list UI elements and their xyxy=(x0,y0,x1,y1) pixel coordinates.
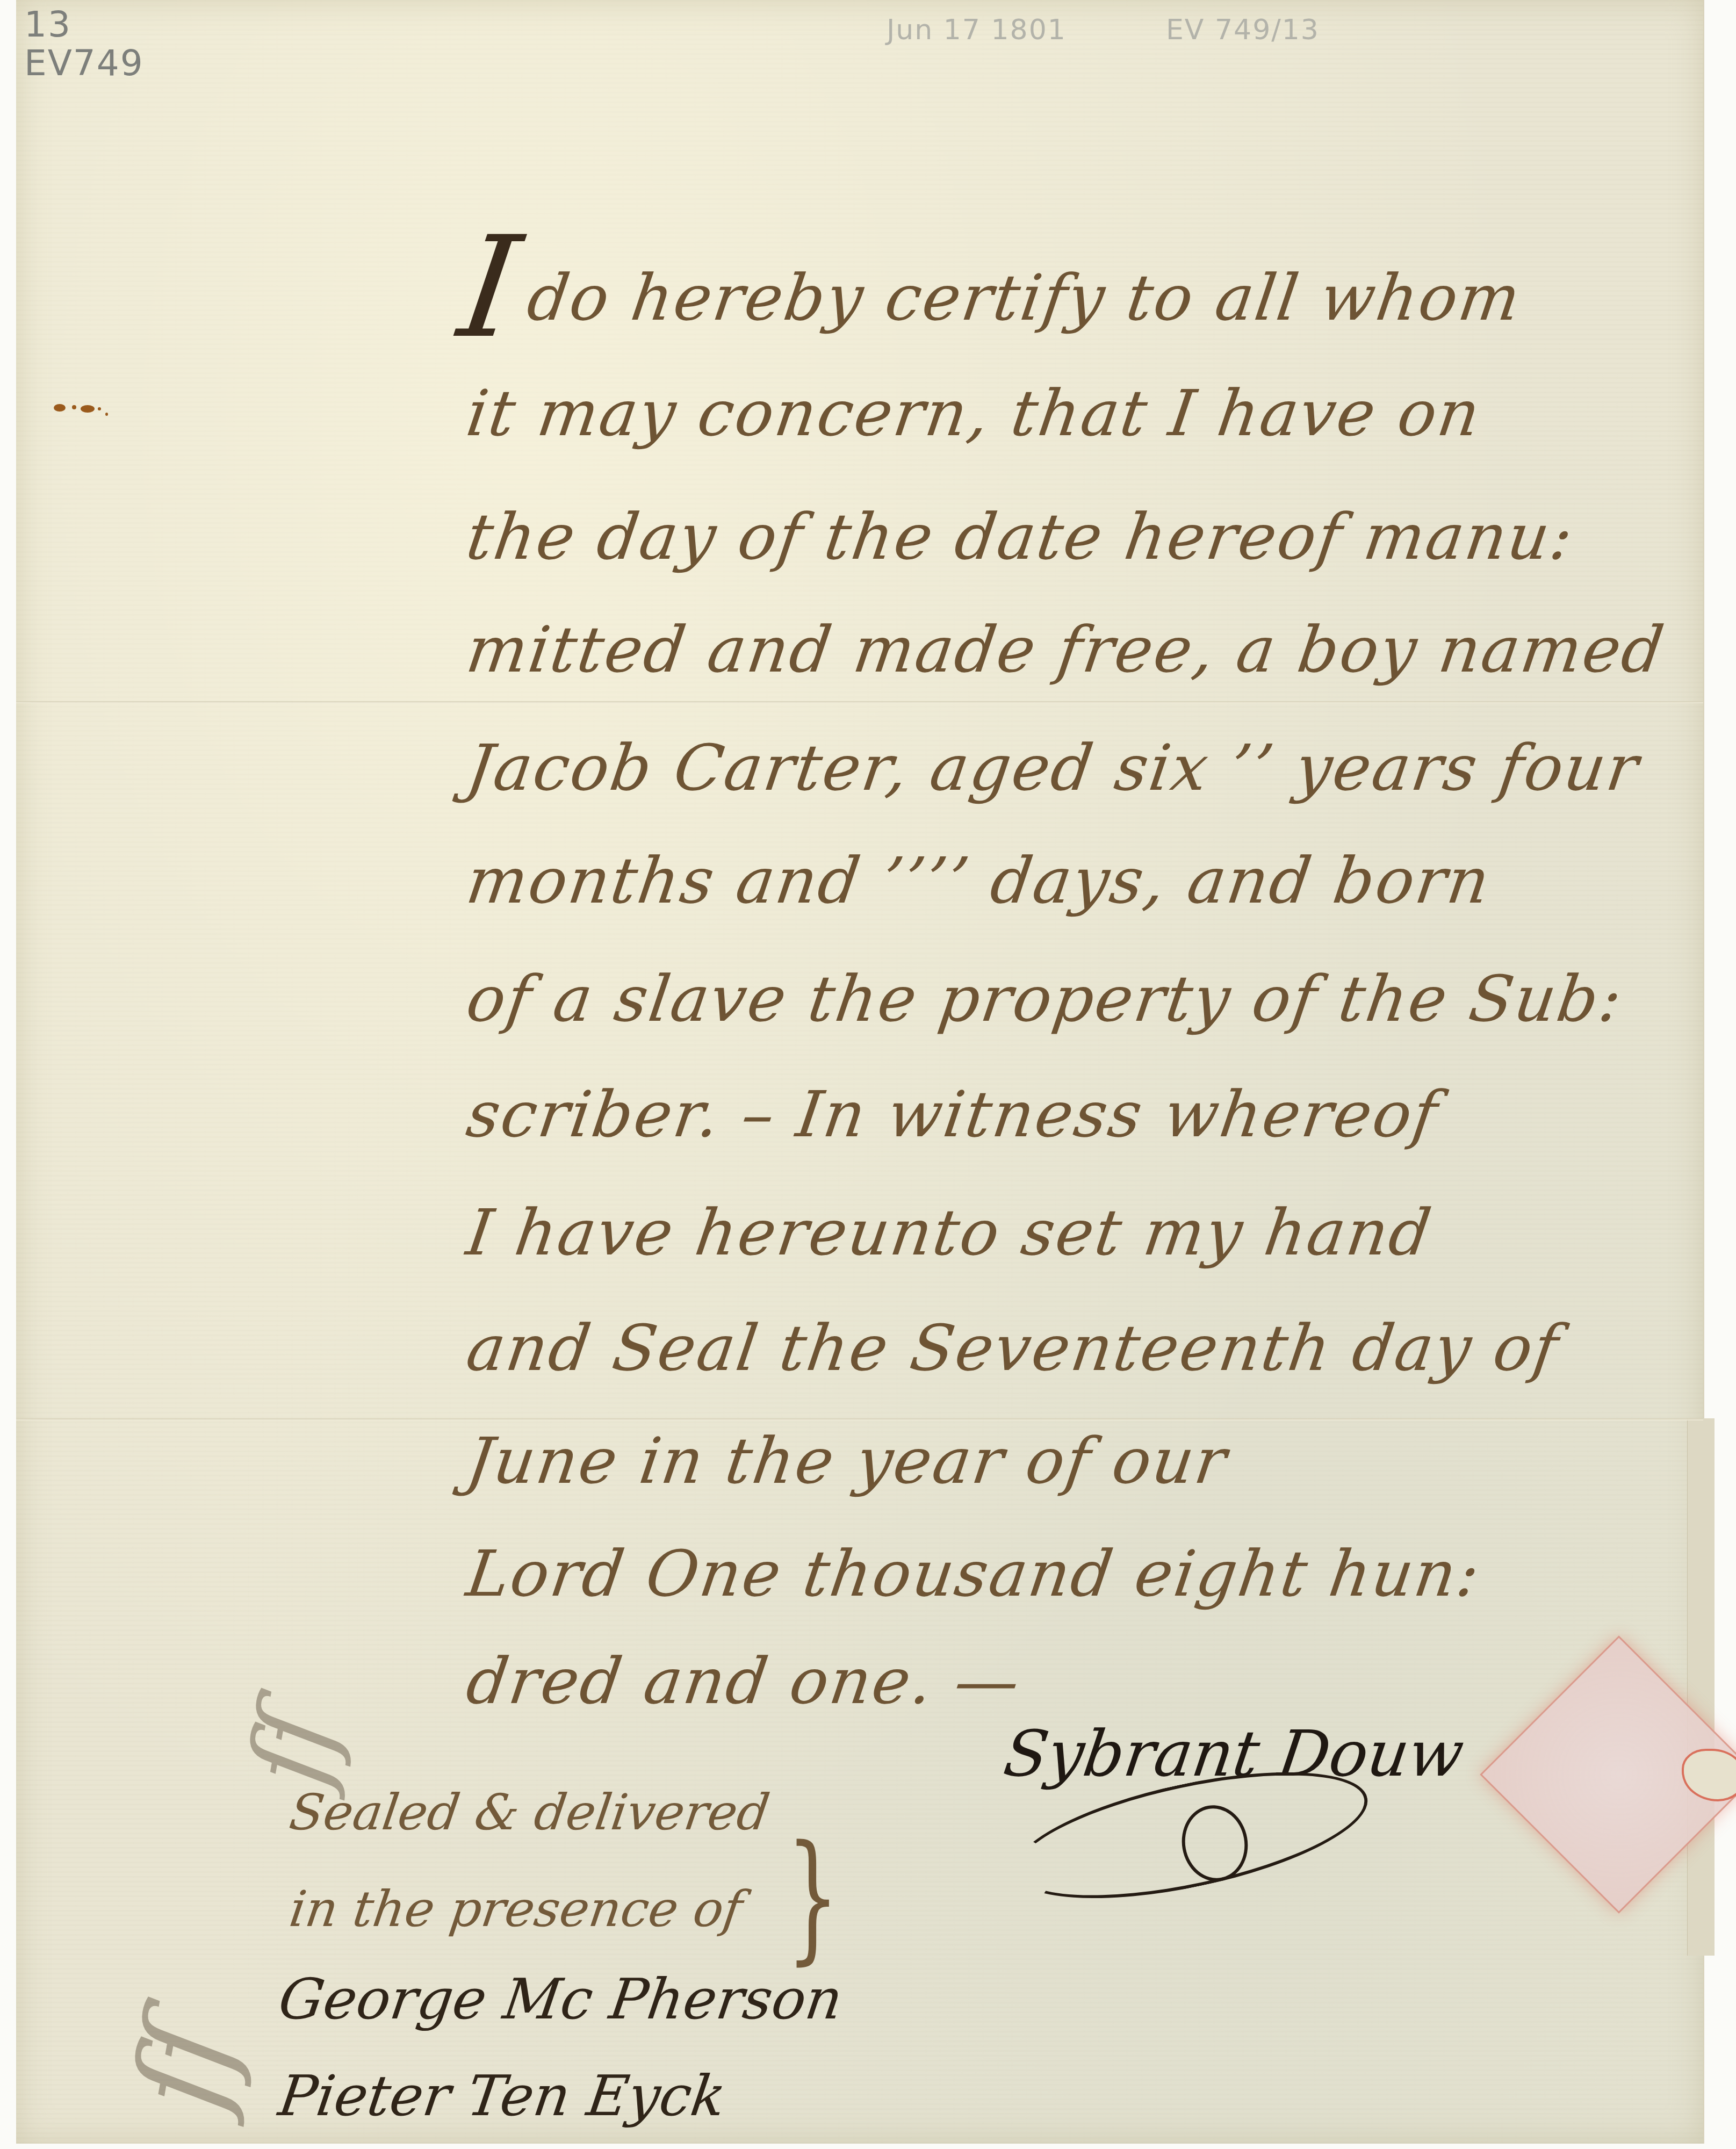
folded-paper-flap xyxy=(1687,1418,1715,1956)
fold-line xyxy=(16,1418,1703,1420)
brace-icon: } xyxy=(786,1816,839,1978)
rust-stain xyxy=(54,403,118,416)
catalog-mark: 13 EV749 xyxy=(24,5,144,83)
witness-name-1: George Mc Pherson xyxy=(275,1966,846,2032)
body-line-7: of a slave the property of the Sub: xyxy=(462,962,1627,1036)
body-line-8: scriber. – In witness whereof xyxy=(462,1077,1443,1151)
catalog-number: 13 xyxy=(24,5,144,44)
body-line-6: months and ’’’’ days, and born xyxy=(462,843,1495,918)
body-line-3: the day of the date hereof manu: xyxy=(462,500,1579,574)
attestation-line-2: in the presence of xyxy=(286,1880,746,1938)
body-line-2: it may concern, that I have on xyxy=(462,376,1486,450)
body-line-4: mitted and made free, a boy named xyxy=(462,612,1669,687)
body-line-5: Jacob Carter, aged six ’’ years four xyxy=(462,731,1644,805)
body-line-9: I have hereunto set my hand xyxy=(462,1195,1437,1270)
attestation-line-1: Sealed & delivered xyxy=(286,1784,773,1841)
faint-date-mark: Jun 17 1801 xyxy=(887,11,1067,49)
witness-name-2: Pieter Ten Eyck xyxy=(275,2063,730,2129)
body-line-10: and Seal the Seventeenth day of xyxy=(462,1311,1564,1385)
catalog-code: EV749 xyxy=(24,44,144,83)
faint-ref-mark: EV 749/13 xyxy=(1166,11,1320,49)
body-line-12: Lord One thousand eight hun: xyxy=(462,1537,1486,1611)
body-line-1: Ido hereby certify to all whom xyxy=(451,207,1534,369)
body-line-11: June in the year of our xyxy=(462,1424,1232,1498)
fold-line xyxy=(16,701,1703,703)
body-line-13: dred and one. — xyxy=(462,1644,1026,1718)
